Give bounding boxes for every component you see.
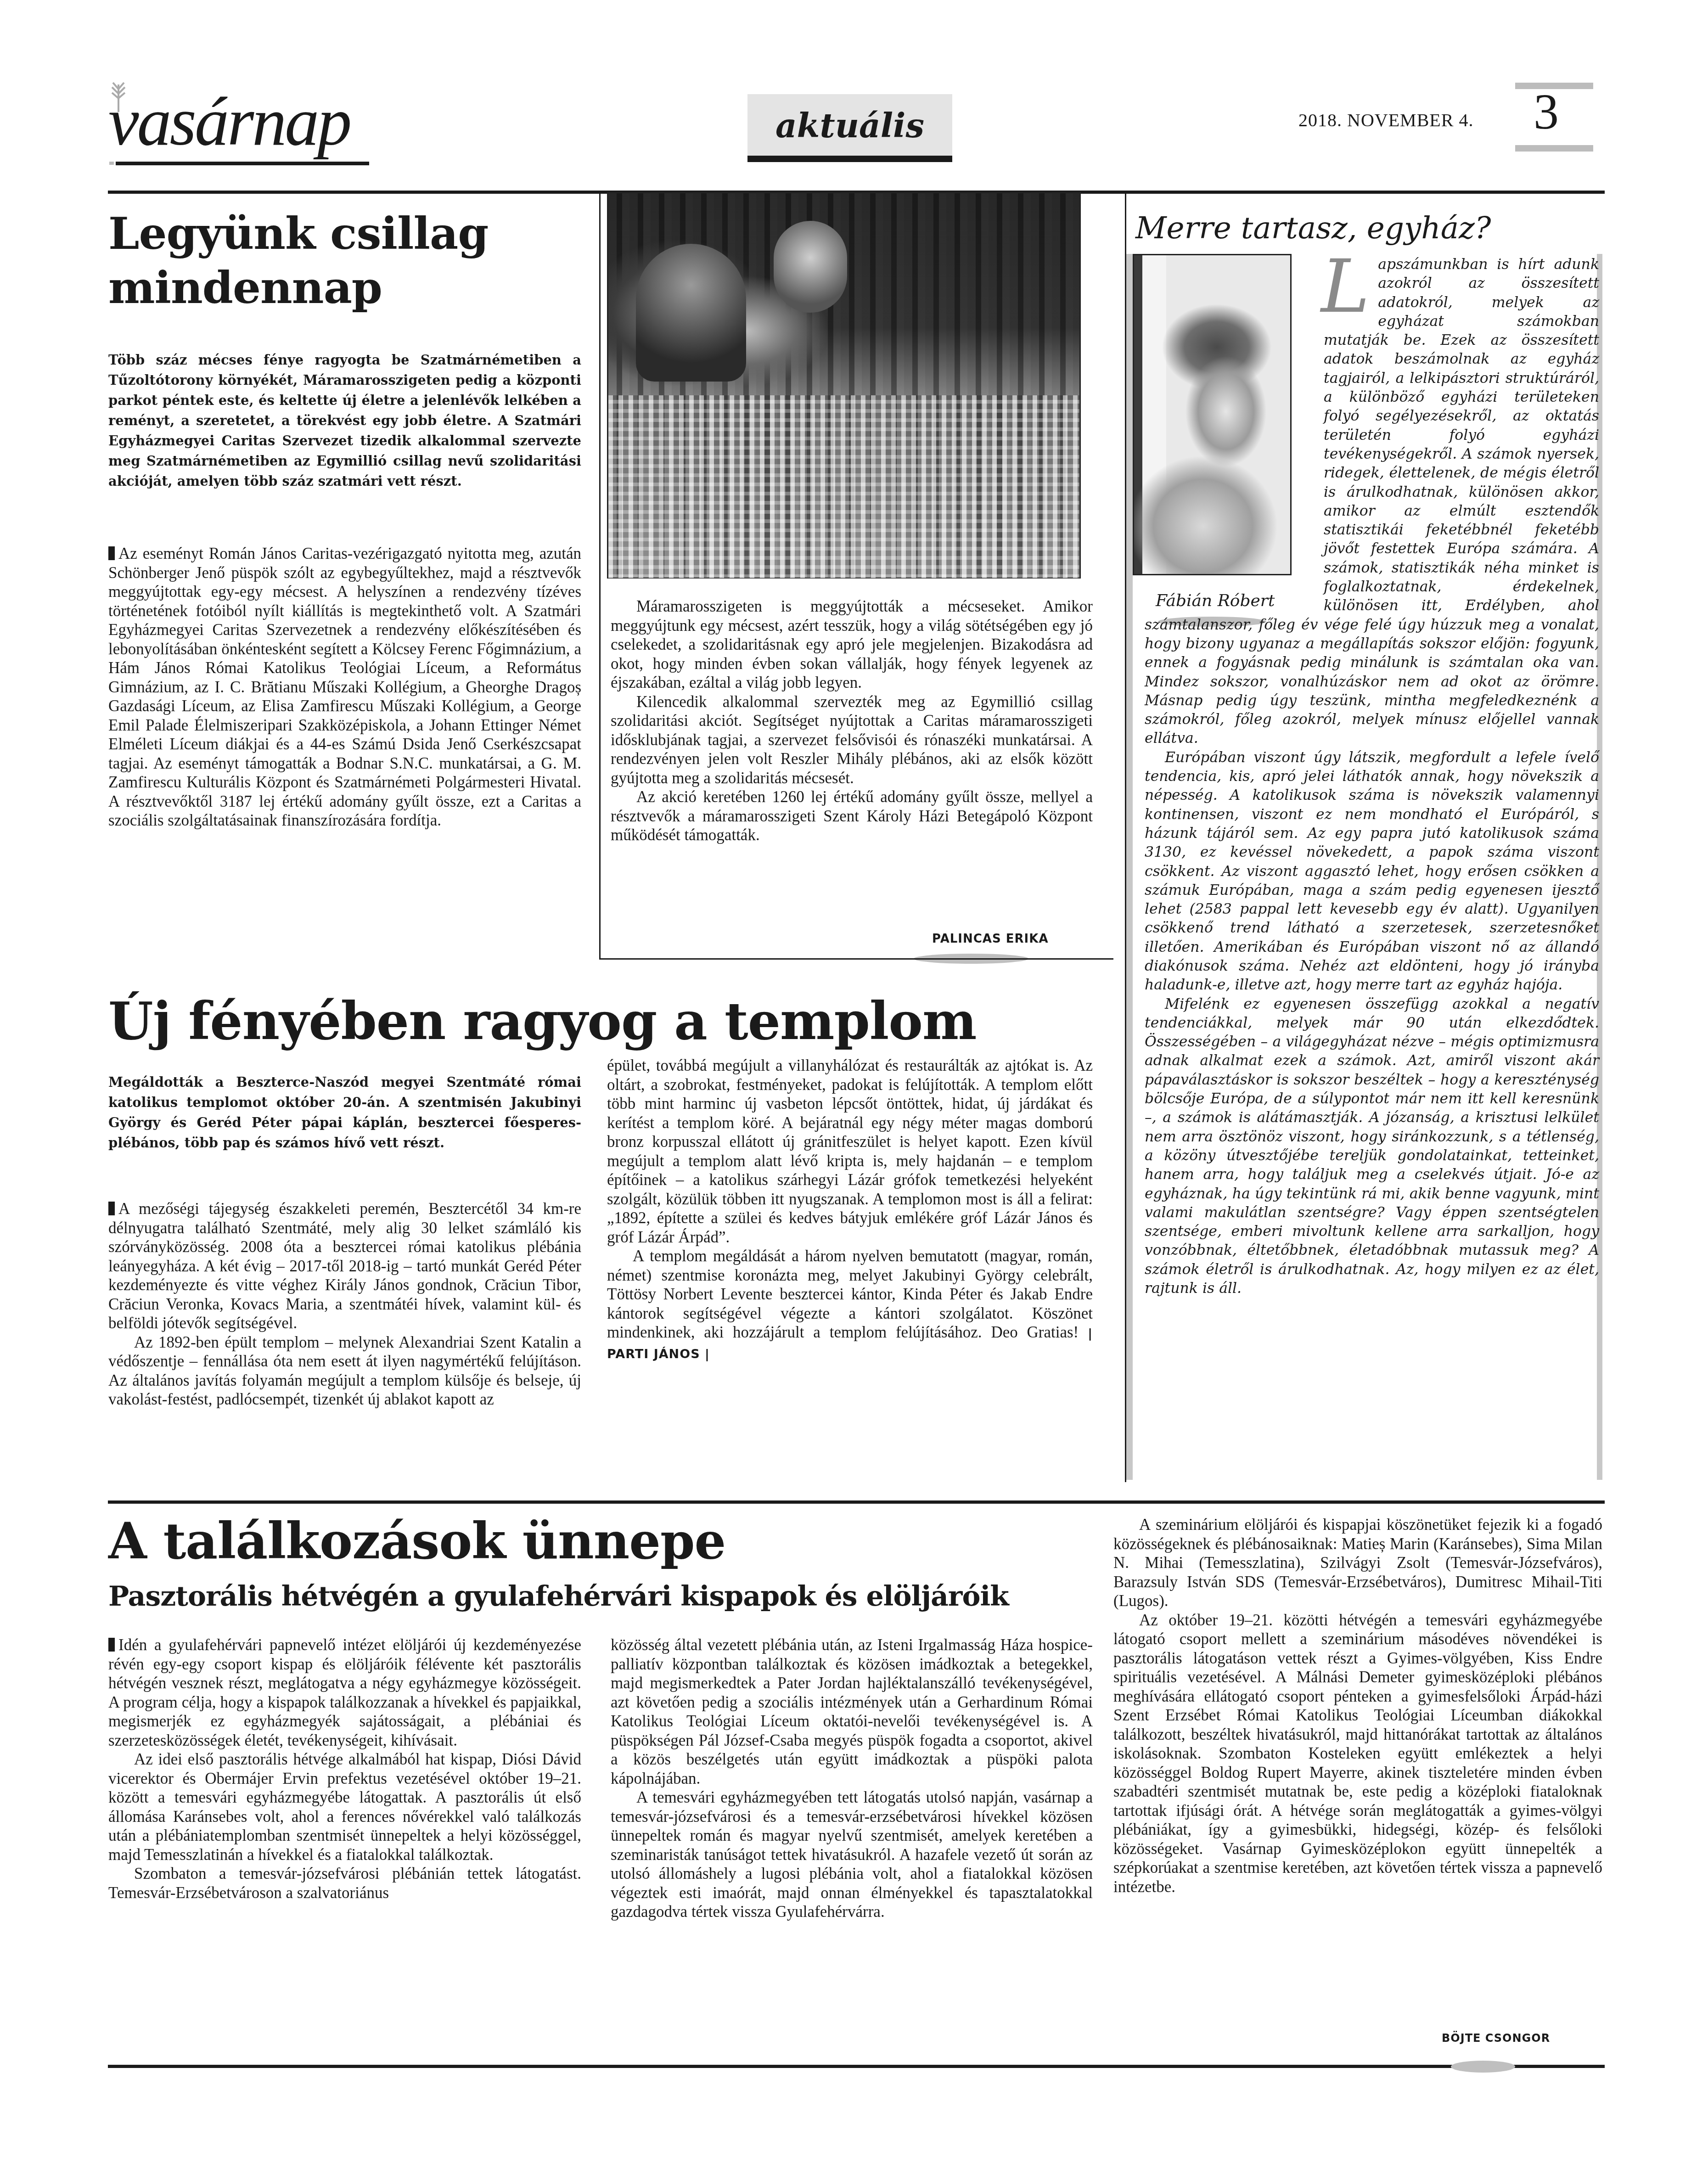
opinion-body: Lapszámunkban is hírt adunk azokról az ö… xyxy=(1145,255,1599,1298)
photo-child-figure xyxy=(636,244,746,382)
article2-col1: A mezőségi tájegység északkeleti peremén… xyxy=(108,1199,581,1409)
article2-col2: épület, továbbá megújult a villanyhálóza… xyxy=(607,1056,1093,1364)
article3-col2-paragraph: közösség által vezetett plébánia után, a… xyxy=(611,1635,1093,1788)
bottom-rule-oval xyxy=(1451,2061,1515,2073)
article3-col1-paragraph: Az idei első pasztorális hétvége alkalmá… xyxy=(108,1750,581,1864)
logo-accent-bar xyxy=(109,162,114,165)
page-number-bar-bottom xyxy=(1515,145,1593,152)
article2-col1-paragraph: A mezőségi tájegység északkeleti peremén… xyxy=(108,1199,581,1333)
bottom-rule xyxy=(108,2065,1605,2068)
masthead-logo: vasárnap xyxy=(107,78,382,170)
section-tab: aktuális xyxy=(747,94,952,158)
article2-col1-paragraph: Az 1892-ben épült templom – melynek Alex… xyxy=(108,1333,581,1409)
logo-wordmark: vasárnap xyxy=(108,87,350,156)
section-underbar xyxy=(747,156,952,162)
article3-col3-paragraph: Az október 19–21. közötti hétvégén a tem… xyxy=(1113,1611,1602,1897)
article2-lead: Megáldották a Beszterce-Naszód megyei Sz… xyxy=(108,1072,581,1153)
article1-byline: PALINCAS ERIKA xyxy=(932,932,1049,946)
article3-col3: A szeminárium elöljárói és kispapjai kös… xyxy=(1113,1515,1602,1896)
article3-col1-paragraph: Szombaton a temesvár-józsefvárosi plébán… xyxy=(108,1864,581,1902)
article2-col2-text: A templom megáldását a három nyelven bem… xyxy=(607,1247,1093,1341)
article1-headline-line2: mindennap xyxy=(108,261,595,315)
column-divider xyxy=(599,192,601,959)
article1-col1-paragraph: Az eseményt Román János Caritas-vezériga… xyxy=(108,544,581,830)
article2-col2-paragraph: A templom megáldását a három nyelven bem… xyxy=(607,1247,1093,1364)
opinion-grey-border xyxy=(1126,254,1133,1480)
opinion-paragraph: Mifelénk ez egyenesen összefügg azokkal … xyxy=(1145,995,1599,1298)
article1-lead: Több száz mécses fénye ragyogta be Szatm… xyxy=(108,350,581,491)
portrait-spacer xyxy=(1145,255,1324,609)
article2-headline: Új fényében ragyog a templom xyxy=(108,992,1096,1051)
article2-col2-paragraph: épület, továbbá megújult a villanyhálóza… xyxy=(607,1056,1093,1247)
article1-headline-line1: Legyünk csillag xyxy=(108,207,595,261)
article1-col2-paragraph: Az akció keretében 1260 lej értékű adomá… xyxy=(611,787,1093,845)
article3-col2-paragraph: A temesvári egyházmegyében tett látogatá… xyxy=(611,1788,1093,1922)
article1-col1: Az eseményt Román János Caritas-vezériga… xyxy=(108,544,581,830)
section-label: aktuális xyxy=(747,106,952,145)
article3-col3-paragraph: A szeminárium elöljárói és kispapjai kös… xyxy=(1113,1515,1602,1611)
article3-byline: BÖJTE CSONGOR xyxy=(1442,2032,1550,2045)
opinion-column-box: Merre tartasz, egyház? Fábián Róbert Lap… xyxy=(1125,192,1602,1482)
candles-photo xyxy=(607,192,1081,579)
article3-subheadline: Pasztorális hétvégén a gyulafehérvári ki… xyxy=(108,1579,1096,1613)
article1-headline: Legyünk csillag mindennap xyxy=(108,207,595,315)
article1-col2-paragraph: Kilencedik alkalommal szervezték meg az … xyxy=(611,692,1093,788)
article1-col2: Máramarosszigeten is meggyújtották a méc… xyxy=(611,597,1093,845)
photo-child-figure xyxy=(774,221,847,313)
opinion-paragraph: Európában viszont úgy látszik, megfordul… xyxy=(1145,748,1599,995)
article3-headline: A találkozások ünnepe xyxy=(108,1512,1096,1571)
article1-bottom-rule xyxy=(599,958,1113,960)
dropcap: L xyxy=(1321,259,1370,314)
page-number: 3 xyxy=(1534,86,1559,137)
section-rule xyxy=(108,1500,1605,1504)
page-number-block: 3 xyxy=(1515,83,1593,152)
logo-underline xyxy=(116,162,369,165)
article3-col1: Idén a gyulafehérvári papnevelő intézet … xyxy=(108,1635,581,1902)
issue-date: 2018. NOVEMBER 4. xyxy=(1298,109,1473,131)
article3-col1-paragraph: Idén a gyulafehérvári papnevelő intézet … xyxy=(108,1635,581,1750)
article1-col2-paragraph: Máramarosszigeten is meggyújtották a méc… xyxy=(611,597,1093,692)
photo-candles-rows xyxy=(608,395,1079,578)
opinion-title: Merre tartasz, egyház? xyxy=(1135,210,1491,246)
article3-col2: közösség által vezetett plébánia után, a… xyxy=(611,1635,1093,1922)
